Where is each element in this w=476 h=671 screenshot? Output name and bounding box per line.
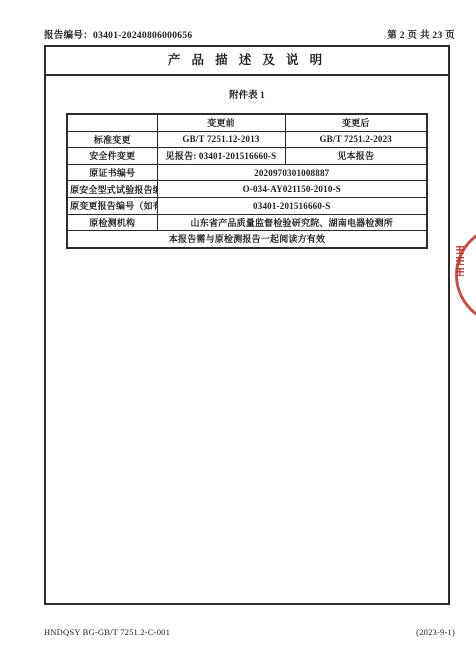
table-row: 原变更报告编号（如有） 03401-201516660-S: [67, 197, 427, 214]
seal-text-glyphs: [456, 246, 466, 276]
report-number-label: 报告编号：: [44, 31, 93, 41]
row-label: 原安全型式试验报告编号: [67, 181, 157, 198]
row-label: 原证书编号: [67, 164, 157, 181]
report-number-value: 03401-20240806000656: [93, 31, 192, 41]
change-table: 变更前 变更后 标准变更 GB/T 7251.12-2013 GB/T 7251…: [66, 113, 428, 249]
row-after-value: 见本报告: [285, 148, 427, 165]
attachment-table-label: 附件表 1: [46, 87, 448, 101]
row-span-value: 03401-201516660-S: [157, 197, 427, 214]
row-before-value: 见报告: 03401-201516660-S: [157, 148, 285, 165]
header-cell-after: 变更后: [285, 114, 427, 131]
table-header-row: 变更前 变更后: [67, 114, 427, 131]
row-label: 安全件变更: [67, 148, 157, 165]
row-label: 标准变更: [67, 131, 157, 148]
row-label: 原变更报告编号（如有）: [67, 197, 157, 214]
page-header: 报告编号：03401-20240806000656 第 2 页 共 23 页: [44, 27, 455, 41]
document-page: { "header": { "report_label": "报告编号：", "…: [0, 0, 476, 671]
table-row: 原安全型式试验报告编号 O-034-AY021150-2010-S: [67, 181, 427, 198]
header-cell-blank: [67, 114, 157, 131]
footer-document-code: HNDQSY BG-GB/T 7251.2-C-001: [44, 627, 170, 637]
seal-glyph: [456, 268, 464, 276]
row-before-value: GB/T 7251.12-2013: [157, 131, 285, 148]
table-row: 原证书编号 2020970301008887: [67, 164, 427, 181]
change-table-container: 变更前 变更后 标准变更 GB/T 7251.12-2013 GB/T 7251…: [66, 113, 426, 249]
red-seal-fragment: [452, 222, 476, 332]
row-label: 原检测机构: [67, 214, 157, 231]
table-row: 安全件变更 见报告: 03401-201516660-S 见本报告: [67, 148, 427, 165]
table-row: 标准变更 GB/T 7251.12-2013 GB/T 7251.2-2023: [67, 131, 427, 148]
table-note-row: 本报告需与原检测报告一起阅读方有效: [67, 231, 427, 248]
seal-glyph: [456, 246, 464, 254]
row-span-value: 2020970301008887: [157, 164, 427, 181]
document-title: 产 品 描 述 及 说 明: [46, 47, 448, 76]
seal-glyph: [456, 257, 464, 265]
table-row: 原检测机构 山东省产品质量监督检验研究院、湖南电器检测所: [67, 214, 427, 231]
table-note: 本报告需与原检测报告一起阅读方有效: [67, 231, 427, 248]
document-frame: 产 品 描 述 及 说 明 附件表 1 变更前 变更后 标准变更 GB/T 72…: [44, 45, 450, 605]
seal-ring-arc: [455, 225, 476, 325]
row-after-value: GB/T 7251.2-2023: [285, 131, 427, 148]
header-cell-before: 变更前: [157, 114, 285, 131]
footer-date: (2023-9-1): [416, 627, 455, 637]
report-number-line: 报告编号：03401-20240806000656: [44, 27, 192, 41]
row-span-value: O-034-AY021150-2010-S: [157, 181, 427, 198]
page-footer: HNDQSY BG-GB/T 7251.2-C-001 (2023-9-1): [44, 627, 455, 637]
row-span-value: 山东省产品质量监督检验研究院、湖南电器检测所: [157, 214, 427, 231]
page-counter: 第 2 页 共 23 页: [387, 27, 455, 41]
